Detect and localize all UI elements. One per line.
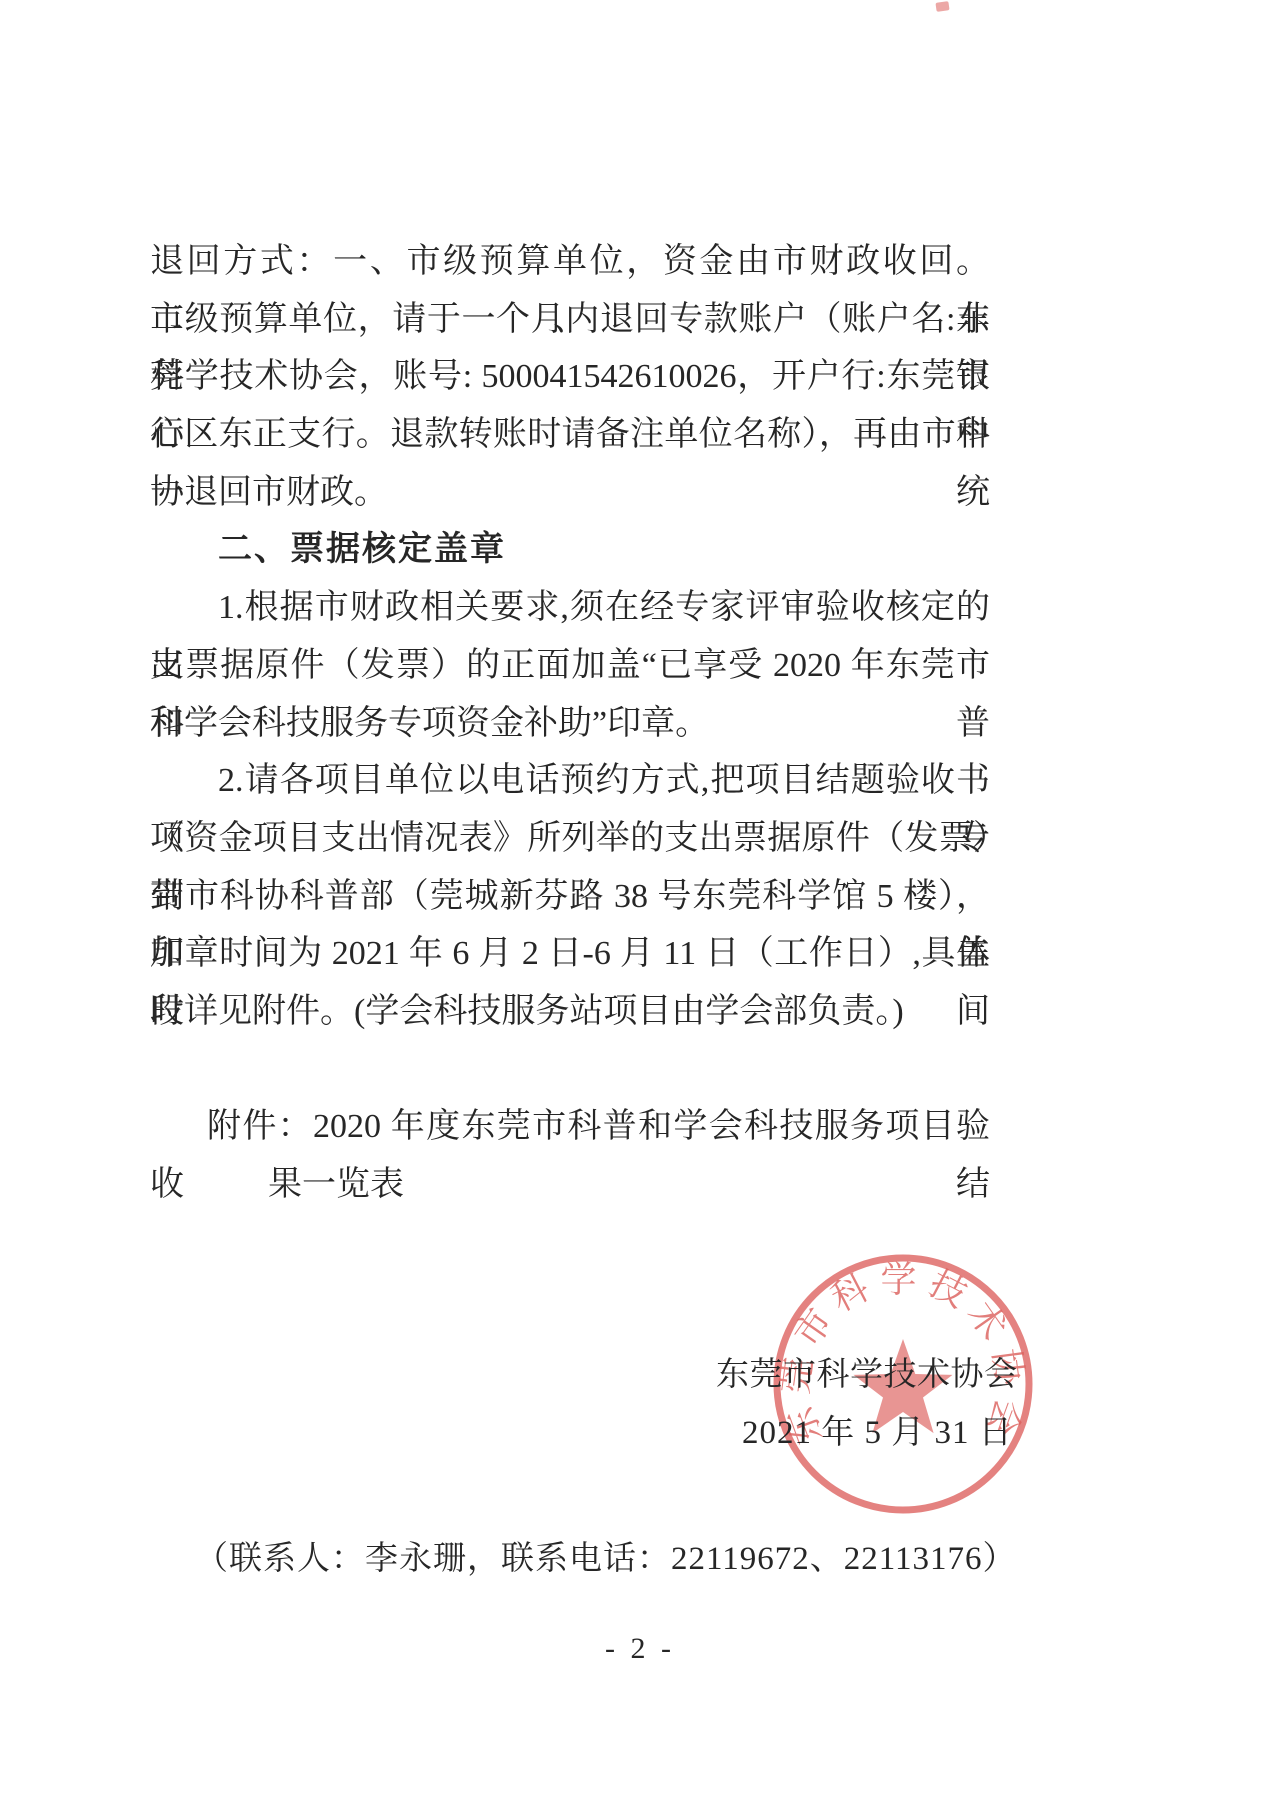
body-line: 2.请各项目单位以电话预约方式,把项目结题验收书《专 [150, 752, 990, 810]
document-page: 退回方式：一、市级预算单位，资金由市财政收回。二、非 市级预算单位，请于一个月内… [0, 0, 1280, 1809]
scan-artifact-red-mark [935, 1, 949, 12]
body-text: 退回方式：一、市级预算单位，资金由市财政收回。二、非 市级预算单位，请于一个月内… [150, 233, 990, 1041]
body-line: 1.根据市财政相关要求,须在经专家评审验收核定的支 [150, 579, 990, 637]
body-line: 出票据原件（发票）的正面加盖“已享受 2020 年东莞市科普 [150, 637, 990, 695]
body-line: 心区东正支行。退款转账时请备注单位名称），再由市科协统 [150, 406, 990, 464]
body-line: 市级预算单位，请于一个月内退回专款账户（账户名:东莞市 [150, 291, 990, 349]
signature-organization: 东莞市科学技术协会 [716, 1348, 1018, 1395]
body-line: 到市科协科普部（莞城新芬路 38 号东莞科学馆 5 楼），加盖 [150, 868, 990, 926]
page-number: - 2 - [0, 1632, 1280, 1666]
body-line: 科学技术协会，账号: 500041542610026，开户行:东莞银行中 [150, 348, 990, 406]
attachment-note: 附件：2020 年度东莞市科普和学会科技服务项目验收结 果一览表 [150, 1098, 990, 1213]
attachment-line: 附件：2020 年度东莞市科普和学会科技服务项目验收结 [150, 1098, 990, 1156]
section-heading: 二、票据核定盖章 [150, 521, 990, 579]
body-line: 退回方式：一、市级预算单位，资金由市财政收回。二、非 [150, 233, 990, 291]
signature-date: 2021 年 5 月 31 日 [742, 1406, 1013, 1453]
body-line: 段详见附件。(学会科技服务站项目由学会部负责。) [150, 983, 990, 1041]
contact-line: （联系人：李永珊，联系电话：22119672、22113176） [150, 1532, 1050, 1579]
body-line: 项资金项目支出情况表》所列举的支出票据原件（发票）带 [150, 810, 990, 868]
body-line: 印章时间为 2021 年 6 月 2 日-6 月 11 日（工作日）,具体时间 [150, 925, 990, 983]
